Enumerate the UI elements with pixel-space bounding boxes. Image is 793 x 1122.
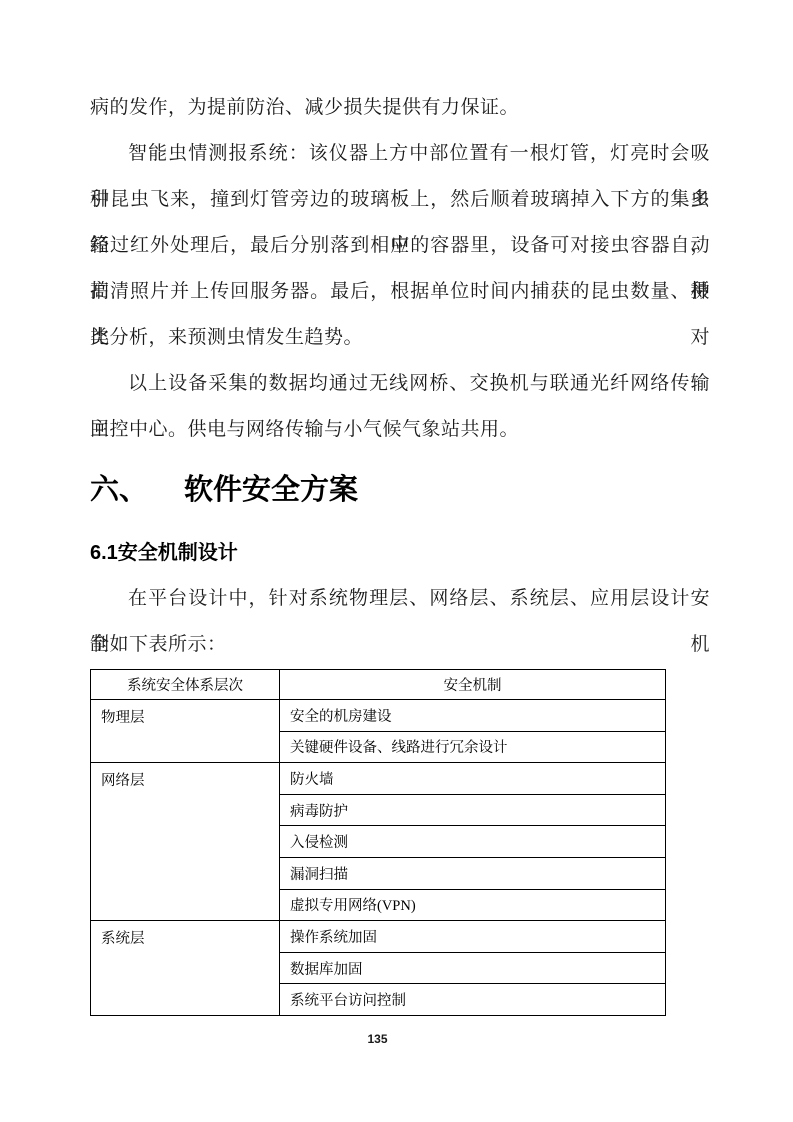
section-heading-number: 六、 <box>90 467 148 508</box>
mechanism-cell: 系统平台访问控制 <box>280 984 666 1016</box>
mechanism-cell: 关键硬件设备、线路进行冗余设计 <box>280 731 666 763</box>
text-line: 经过红外处理后，最后分别落到相应的容器里，设备可对接虫容器自动拍摄 <box>90 223 710 269</box>
text-line: 种昆虫飞来，撞到灯管旁边的玻璃板上，然后顺着玻璃掉入下方的集虫箱中， <box>90 177 710 223</box>
column-header-mechanism: 安全机制 <box>280 670 666 700</box>
section-heading: 六、 软件安全方案 <box>90 465 710 509</box>
mechanism-cell: 病毒防护 <box>280 794 666 826</box>
table-row: 物理层安全的机房建设 <box>91 700 666 732</box>
mechanism-cell: 数据库加固 <box>280 952 666 984</box>
mechanism-cell: 虚拟专用网络(VPN) <box>280 889 666 921</box>
column-header-layer: 系统安全体系层次 <box>91 670 280 700</box>
mechanism-cell: 防火墙 <box>280 763 666 795</box>
mechanism-cell: 漏洞扫描 <box>280 857 666 889</box>
layer-cell: 系统层 <box>91 921 280 1016</box>
text-line: 在平台设计中，针对系统物理层、网络层、系统层、应用层设计安全机 <box>90 576 710 622</box>
table-row: 网络层防火墙 <box>91 763 666 795</box>
text-line: 病的发作，为提前防治、减少损失提供有力保证。 <box>90 85 710 131</box>
table-header-row: 系统安全体系层次 安全机制 <box>91 670 666 700</box>
table-row: 系统层操作系统加固 <box>91 921 666 953</box>
mechanism-cell: 入侵检测 <box>280 826 666 858</box>
mechanism-cell: 操作系统加固 <box>280 921 666 953</box>
subsection-heading: 6.1安全机制设计 <box>90 536 710 563</box>
text-line: 智能虫情测报系统：该仪器上方中部位置有一根灯管，灯亮时会吸引多 <box>90 131 710 177</box>
document-page: 病的发作，为提前防治、减少损失提供有力保证。智能虫情测报系统：该仪器上方中部位置… <box>0 0 793 1122</box>
section-heading-title: 软件安全方案 <box>184 467 358 508</box>
mechanism-cell: 安全的机房建设 <box>280 700 666 732</box>
text-line: 主控中心。供电与网络传输与小气候气象站共用。 <box>90 407 710 453</box>
layer-cell: 物理层 <box>91 700 280 763</box>
text-line: 以上设备采集的数据均通过无线网桥、交换机与联通光纤网络传输回 <box>90 361 710 407</box>
layer-cell: 网络层 <box>91 763 280 921</box>
text-line: 高清照片并上传回服务器。最后，根据单位时间内捕获的昆虫数量、种类对 <box>90 269 710 315</box>
page-number: 135 <box>90 1032 665 1046</box>
intro-paragraph: 在平台设计中，针对系统物理层、网络层、系统层、应用层设计安全机制如下表所示： <box>90 576 710 668</box>
security-mechanism-table: 系统安全体系层次 安全机制 物理层安全的机房建设关键硬件设备、线路进行冗余设计网… <box>90 669 666 1016</box>
body-paragraphs: 病的发作，为提前防治、减少损失提供有力保证。智能虫情测报系统：该仪器上方中部位置… <box>90 85 710 453</box>
